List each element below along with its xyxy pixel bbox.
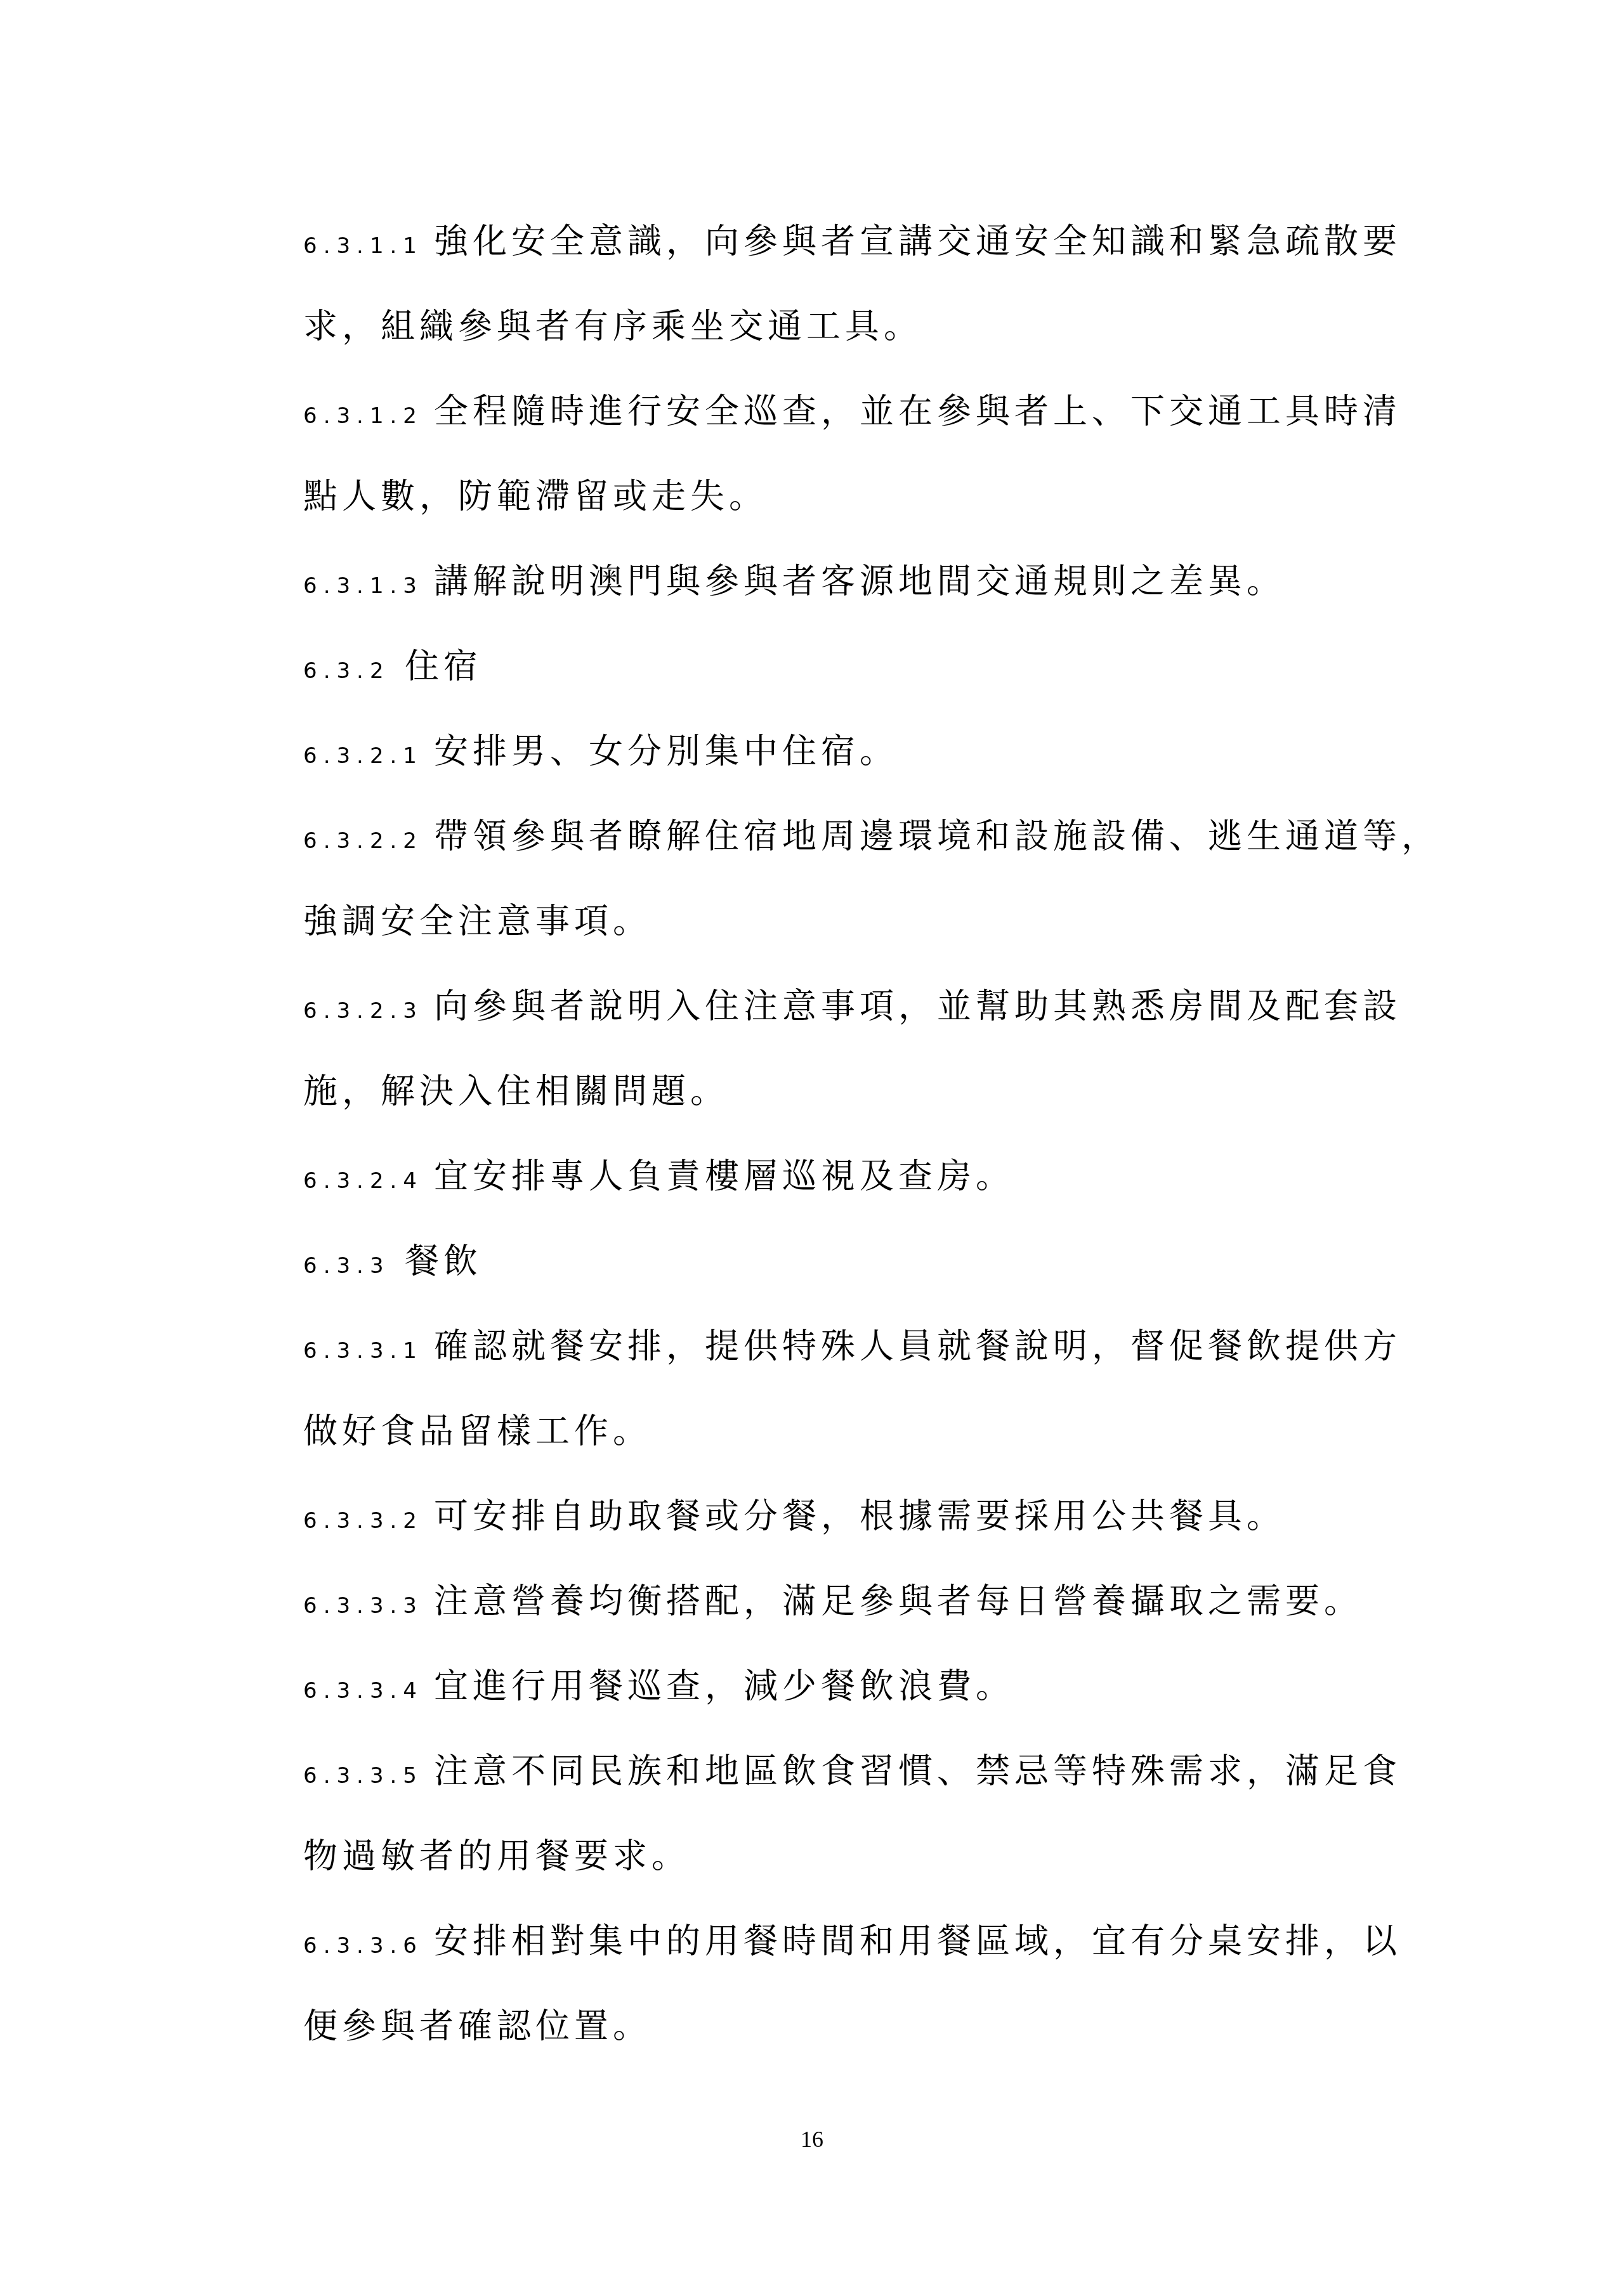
clause-text: 注意營養均衡搭配，滿足參與者每日營養攝取之需要。: [434, 1581, 1363, 1621]
clause-number: 6.3.3.2: [303, 1478, 434, 1563]
clause-number: 6.3.3.1: [303, 1308, 434, 1393]
clause-text: 物過敏者的用餐要求。: [303, 1836, 690, 1876]
clause-text: 強化安全意識，向參與者宣講交通安全知識和緊急疏散要: [434, 221, 1401, 261]
clause-number: 6.3.2.2: [303, 799, 434, 884]
clause-number: 6.3.3.5: [303, 1733, 434, 1818]
clause-number: 6.3.1.1: [303, 204, 434, 289]
clause-6-3-1-2: 6.3.1.2全程隨時進行安全巡查，並在參與者上、下交通工具時清: [303, 369, 1382, 454]
clause-text: 做好食品留樣工作。: [303, 1411, 652, 1451]
clause-6-3-1-3: 6.3.1.3講解說明澳門與參與者客源地間交通規則之差異。: [303, 539, 1382, 624]
clause-6-3-1-2-continued: 點人數，防範滯留或走失。: [303, 454, 1382, 539]
clause-text: 全程隨時進行安全巡查，並在參與者上、下交通工具時清: [434, 391, 1401, 431]
section-number: 6.3.3: [303, 1223, 405, 1308]
section-title: 住宿: [405, 646, 482, 686]
document-body: 6.3.1.1強化安全意識，向參與者宣講交通安全知識和緊急疏散要 求，組織參與者…: [303, 199, 1382, 2069]
section-title: 餐飲: [405, 1241, 482, 1281]
clause-6-3-2-2: 6.3.2.2帶領參與者瞭解住宿地周邊環境和設施設備、逃生通道等，: [303, 794, 1382, 879]
clause-6-3-1-1-continued: 求，組織參與者有序乘坐交通工具。: [303, 284, 1382, 369]
clause-6-3-3-6: 6.3.3.6安排相對集中的用餐時間和用餐區域，宜有分桌安排，以: [303, 1899, 1382, 1984]
clause-number: 6.3.1.3: [303, 544, 434, 629]
clause-number: 6.3.2.1: [303, 714, 434, 799]
page-number: 16: [0, 2126, 1624, 2153]
clause-6-3-3-2: 6.3.3.2可安排自助取餐或分餐，根據需要採用公共餐具。: [303, 1474, 1382, 1559]
clause-text: 安排相對集中的用餐時間和用餐區域，宜有分桌安排，以: [434, 1921, 1401, 1961]
clause-6-3-1-1: 6.3.1.1強化安全意識，向參與者宣講交通安全知識和緊急疏散要: [303, 199, 1382, 284]
clause-text: 講解說明澳門與參與者客源地間交通規則之差異。: [434, 561, 1285, 601]
clause-text: 宜進行用餐巡查，減少餐飲浪費。: [434, 1666, 1014, 1706]
clause-6-3-2-1: 6.3.2.1安排男、女分別集中住宿。: [303, 709, 1382, 794]
clause-6-3-2-2-continued: 強調安全注意事項。: [303, 879, 1382, 964]
clause-6-3-3-1-continued: 做好食品留樣工作。: [303, 1389, 1382, 1474]
clause-text: 宜安排專人負責樓層巡視及查房。: [434, 1156, 1014, 1196]
document-page: 6.3.1.1強化安全意識，向參與者宣講交通安全知識和緊急疏散要 求，組織參與者…: [0, 0, 1624, 2296]
clause-text: 安排男、女分別集中住宿。: [434, 731, 898, 771]
clause-6-3-2-3-continued: 施，解決入住相關問題。: [303, 1049, 1382, 1134]
clause-text: 可安排自助取餐或分餐，根據需要採用公共餐具。: [434, 1496, 1285, 1536]
section-number: 6.3.2: [303, 629, 405, 714]
clause-text: 便參與者確認位置。: [303, 2006, 652, 2046]
section-heading-6-3-3: 6.3.3餐飲: [303, 1219, 1382, 1304]
clause-text: 確認就餐安排，提供特殊人員就餐說明，督促餐飲提供方: [434, 1326, 1401, 1366]
section-heading-6-3-2: 6.3.2住宿: [303, 624, 1382, 709]
clause-6-3-2-3: 6.3.2.3向參與者說明入住注意事項，並幫助其熟悉房間及配套設: [303, 964, 1382, 1049]
clause-text: 強調安全注意事項。: [303, 901, 652, 941]
clause-number: 6.3.3.4: [303, 1648, 434, 1733]
clause-6-3-3-5: 6.3.3.5注意不同民族和地區飲食習慣、禁忌等特殊需求，滿足食: [303, 1729, 1382, 1814]
clause-text: 點人數，防範滯留或走失。: [303, 476, 768, 516]
clause-number: 6.3.1.2: [303, 374, 434, 459]
clause-text: 施，解決入住相關問題。: [303, 1071, 729, 1111]
clause-number: 6.3.2.4: [303, 1138, 434, 1223]
clause-number: 6.3.3.6: [303, 1903, 434, 1988]
clause-text: 向參與者說明入住注意事項，並幫助其熟悉房間及配套設: [434, 986, 1401, 1026]
clause-6-3-3-3: 6.3.3.3注意營養均衡搭配，滿足參與者每日營養攝取之需要。: [303, 1559, 1382, 1644]
clause-6-3-3-4: 6.3.3.4宜進行用餐巡查，減少餐飲浪費。: [303, 1644, 1382, 1729]
clause-text: 注意不同民族和地區飲食習慣、禁忌等特殊需求，滿足食: [434, 1751, 1401, 1791]
clause-6-3-3-5-continued: 物過敏者的用餐要求。: [303, 1814, 1382, 1899]
clause-text: 帶領參與者瞭解住宿地周邊環境和設施設備、逃生通道等，: [434, 816, 1440, 856]
clause-6-3-3-1: 6.3.3.1確認就餐安排，提供特殊人員就餐說明，督促餐飲提供方: [303, 1304, 1382, 1389]
clause-number: 6.3.3.3: [303, 1563, 434, 1648]
clause-text: 求，組織參與者有序乘坐交通工具。: [303, 306, 922, 346]
clause-number: 6.3.2.3: [303, 969, 434, 1053]
clause-6-3-3-6-continued: 便參與者確認位置。: [303, 1984, 1382, 2069]
clause-6-3-2-4: 6.3.2.4宜安排專人負責樓層巡視及查房。: [303, 1134, 1382, 1219]
